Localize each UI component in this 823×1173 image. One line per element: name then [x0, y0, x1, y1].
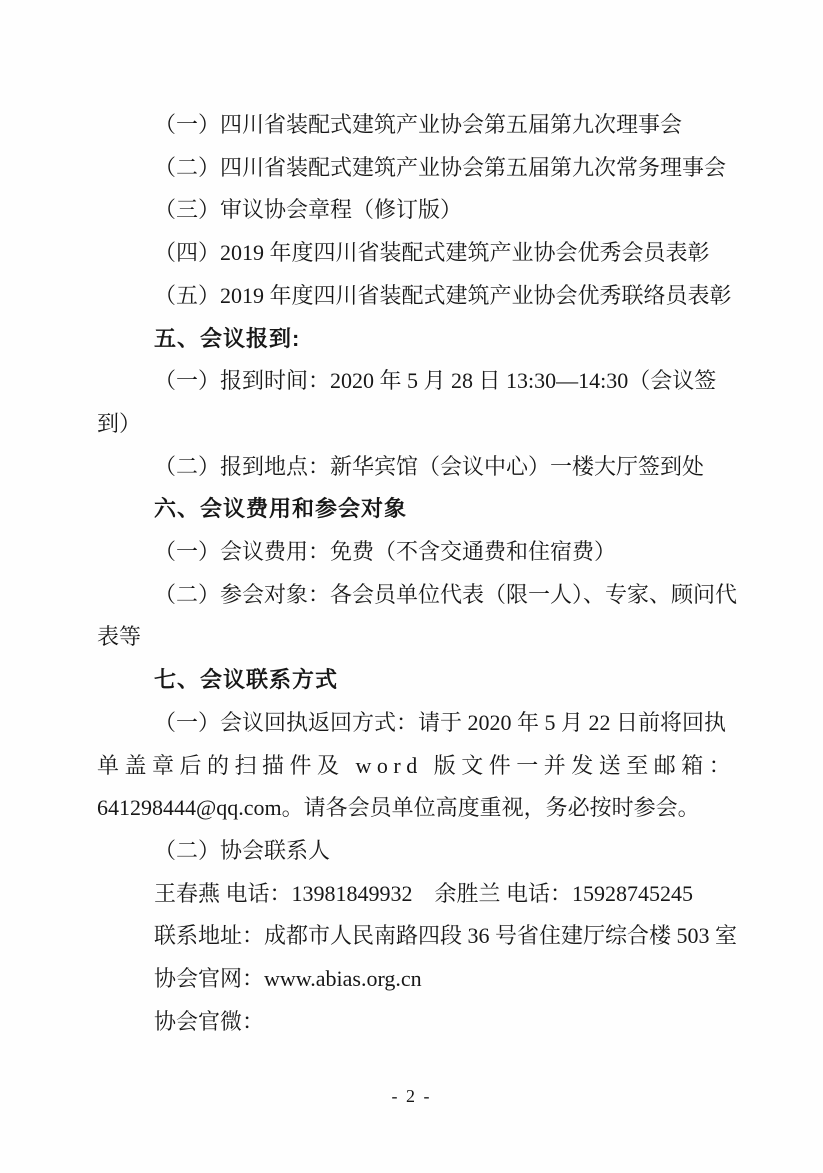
reply-method-line-2: 单盖章后的扫描件及 word 版文件一并发送至邮箱：	[97, 745, 745, 788]
agenda-item-3: （三）审议协会章程（修订版）	[97, 189, 745, 232]
agenda-item-5: （五）2019 年度四川省装配式建筑产业协会优秀联络员表彰	[97, 275, 745, 318]
document-body: （一）四川省装配式建筑产业协会第五届第九次理事会 （二）四川省装配式建筑产业协会…	[97, 104, 745, 1043]
checkin-location: （二）报到地点：新华宾馆（会议中心）一楼大厅签到处	[97, 446, 745, 489]
section-heading-contact: 七、会议联系方式	[97, 659, 745, 702]
checkin-time-line-2: 到）	[97, 403, 745, 446]
contact-address: 联系地址：成都市人民南路四段 36 号省住建厅综合楼 503 室	[97, 915, 745, 958]
agenda-item-4: （四）2019 年度四川省装配式建筑产业协会优秀会员表彰	[97, 232, 745, 275]
section-heading-fees: 六、会议费用和参会对象	[97, 488, 745, 531]
checkin-time-line-1: （一）报到时间：2020 年 5 月 28 日 13:30—14:30（会议签	[97, 360, 745, 403]
association-website: 协会官网：www.abias.org.cn	[97, 958, 745, 1001]
participants-line-2: 表等	[97, 616, 745, 659]
reply-method-line-3: 641298444@qq.com。请各会员单位高度重视，务必按时参会。	[97, 787, 745, 830]
association-contacts-heading: （二）协会联系人	[97, 830, 745, 873]
document-page: （一）四川省装配式建筑产业协会第五届第九次理事会 （二）四川省装配式建筑产业协会…	[0, 0, 823, 1173]
reply-method-line-1: （一）会议回执返回方式：请于 2020 年 5 月 22 日前将回执	[97, 702, 745, 745]
agenda-item-1: （一）四川省装配式建筑产业协会第五届第九次理事会	[97, 104, 745, 147]
agenda-item-2: （二）四川省装配式建筑产业协会第五届第九次常务理事会	[97, 147, 745, 190]
association-wechat: 协会官微：	[97, 1001, 745, 1044]
section-heading-checkin: 五、会议报到:	[97, 318, 745, 361]
contact-persons: 王春燕 电话：13981849932 余胜兰 电话：15928745245	[97, 873, 745, 916]
participants-line-1: （二）参会对象：各会员单位代表（限一人）、专家、顾问代	[97, 574, 745, 617]
page-number: - 2 -	[0, 1085, 823, 1107]
meeting-fee: （一）会议费用：免费（不含交通费和住宿费）	[97, 531, 745, 574]
